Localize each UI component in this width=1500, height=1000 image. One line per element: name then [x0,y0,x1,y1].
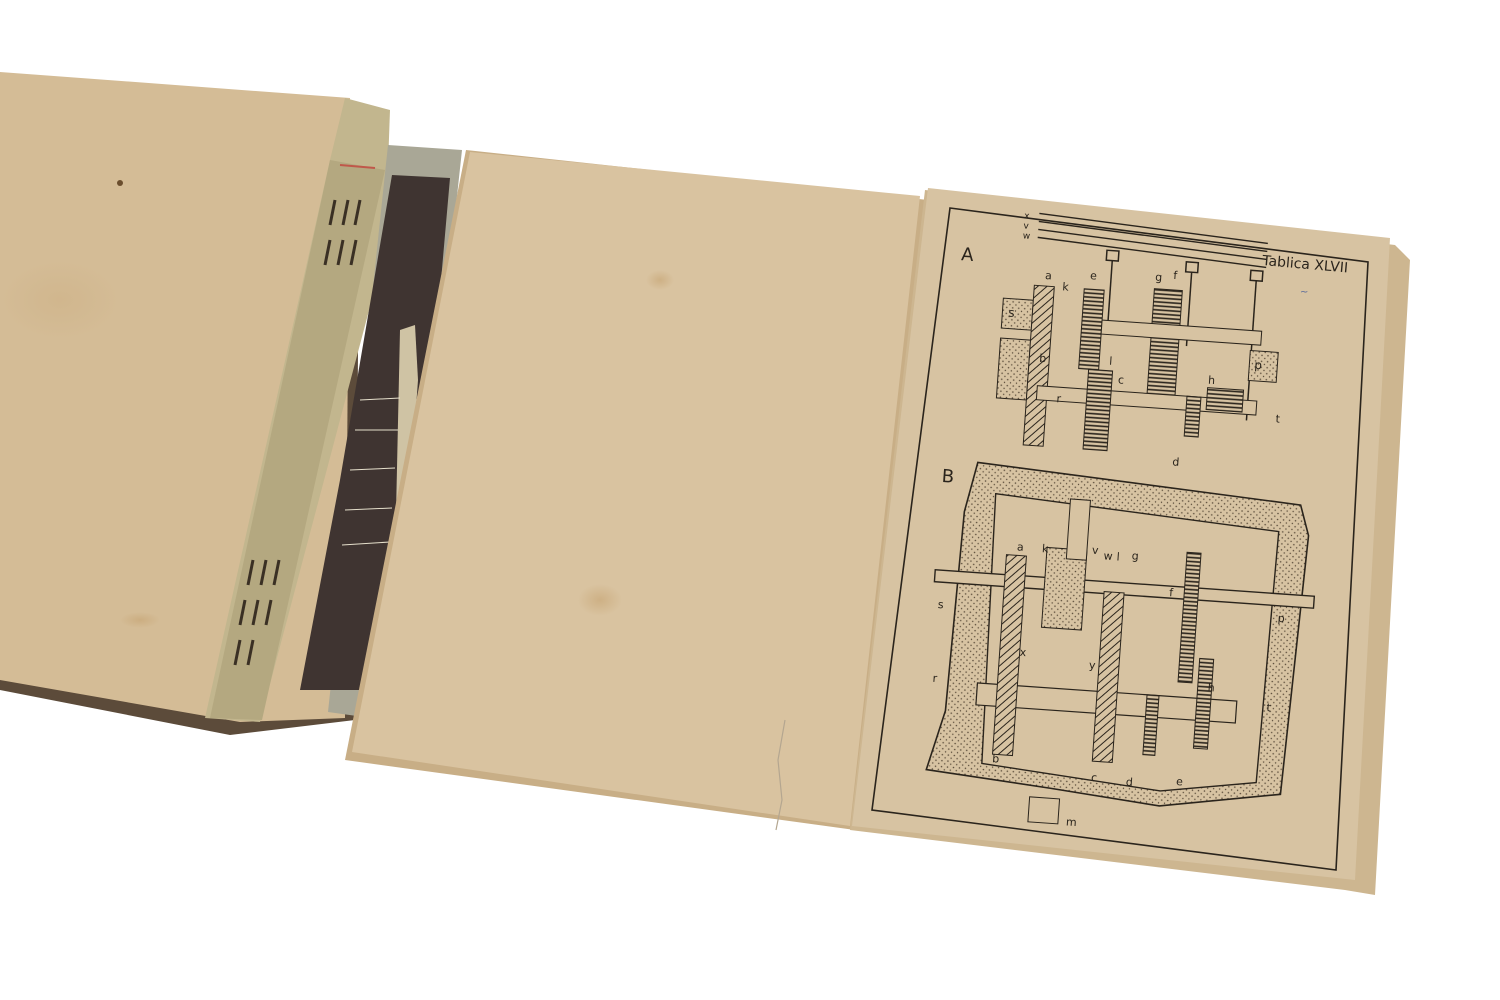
book-photo: Tablica XLVII A x v w [0,0,1500,1000]
svg-text:g: g [1131,549,1139,562]
svg-text:m: m [1066,815,1078,829]
svg-text:c: c [1118,373,1125,386]
svg-text:b: b [1039,352,1047,365]
figure-b-label: B [941,466,955,488]
figure-a-label: A [961,244,975,266]
svg-text:h: h [1208,374,1216,387]
svg-text:w: w [1022,231,1030,241]
pencil-mark: ~ [1300,287,1308,298]
svg-text:g: g [1155,271,1163,284]
svg-text:e: e [1090,269,1098,282]
plate-page: Tablica XLVII A x v w [850,188,1410,895]
svg-text:d: d [1172,455,1180,468]
book-illustration: Tablica XLVII A x v w [0,0,1500,1000]
svg-text:p: p [1277,612,1285,625]
svg-text:c: c [1091,771,1098,784]
svg-text:e: e [1176,775,1184,788]
svg-text:s: s [1008,306,1015,320]
svg-text:a: a [1017,540,1025,553]
svg-text:p: p [1254,358,1263,372]
svg-text:a: a [1045,269,1053,282]
svg-text:h: h [1207,681,1215,694]
svg-text:w: w [1103,549,1113,563]
svg-text:b: b [992,752,1000,765]
svg-text:d: d [1125,776,1133,789]
svg-text:s: s [937,598,944,611]
